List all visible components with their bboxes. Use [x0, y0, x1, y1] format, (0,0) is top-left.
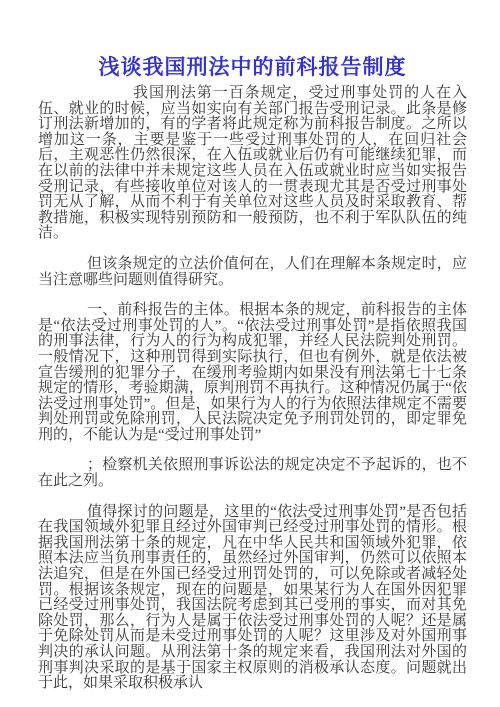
paragraph-subject: 一、前科报告的主体。根据本条的规定，前科报告的主体是“依法受过刑事处罚的人”。“…	[38, 303, 467, 443]
paragraph-intro: 我国刑法第一百条规定，受过刑事处罚的人在入伍、就业的时候，应当如实向有关部门报告…	[38, 86, 467, 242]
paragraph-foreign-judgment: 值得探讨的问题是，这里的“依法受过刑事处罚”是否包括在我国领域外犯罪且经过外国审…	[38, 505, 467, 692]
paragraph-procuratorate: ；检察机关依照刑事诉讼法的规定决定不予起诉的，也不在此之列。	[38, 458, 467, 489]
document-page: 浅谈我国刑法中的前科报告制度 我国刑法第一百条规定，受过刑事处罚的人在入伍、就业…	[0, 0, 500, 707]
paragraph-question: 但该条规定的立法价值何在，人们在理解本条规定时，应当注意哪些问题则值得研究。	[38, 257, 467, 288]
document-title: 浅谈我国刑法中的前科报告制度	[38, 54, 467, 80]
